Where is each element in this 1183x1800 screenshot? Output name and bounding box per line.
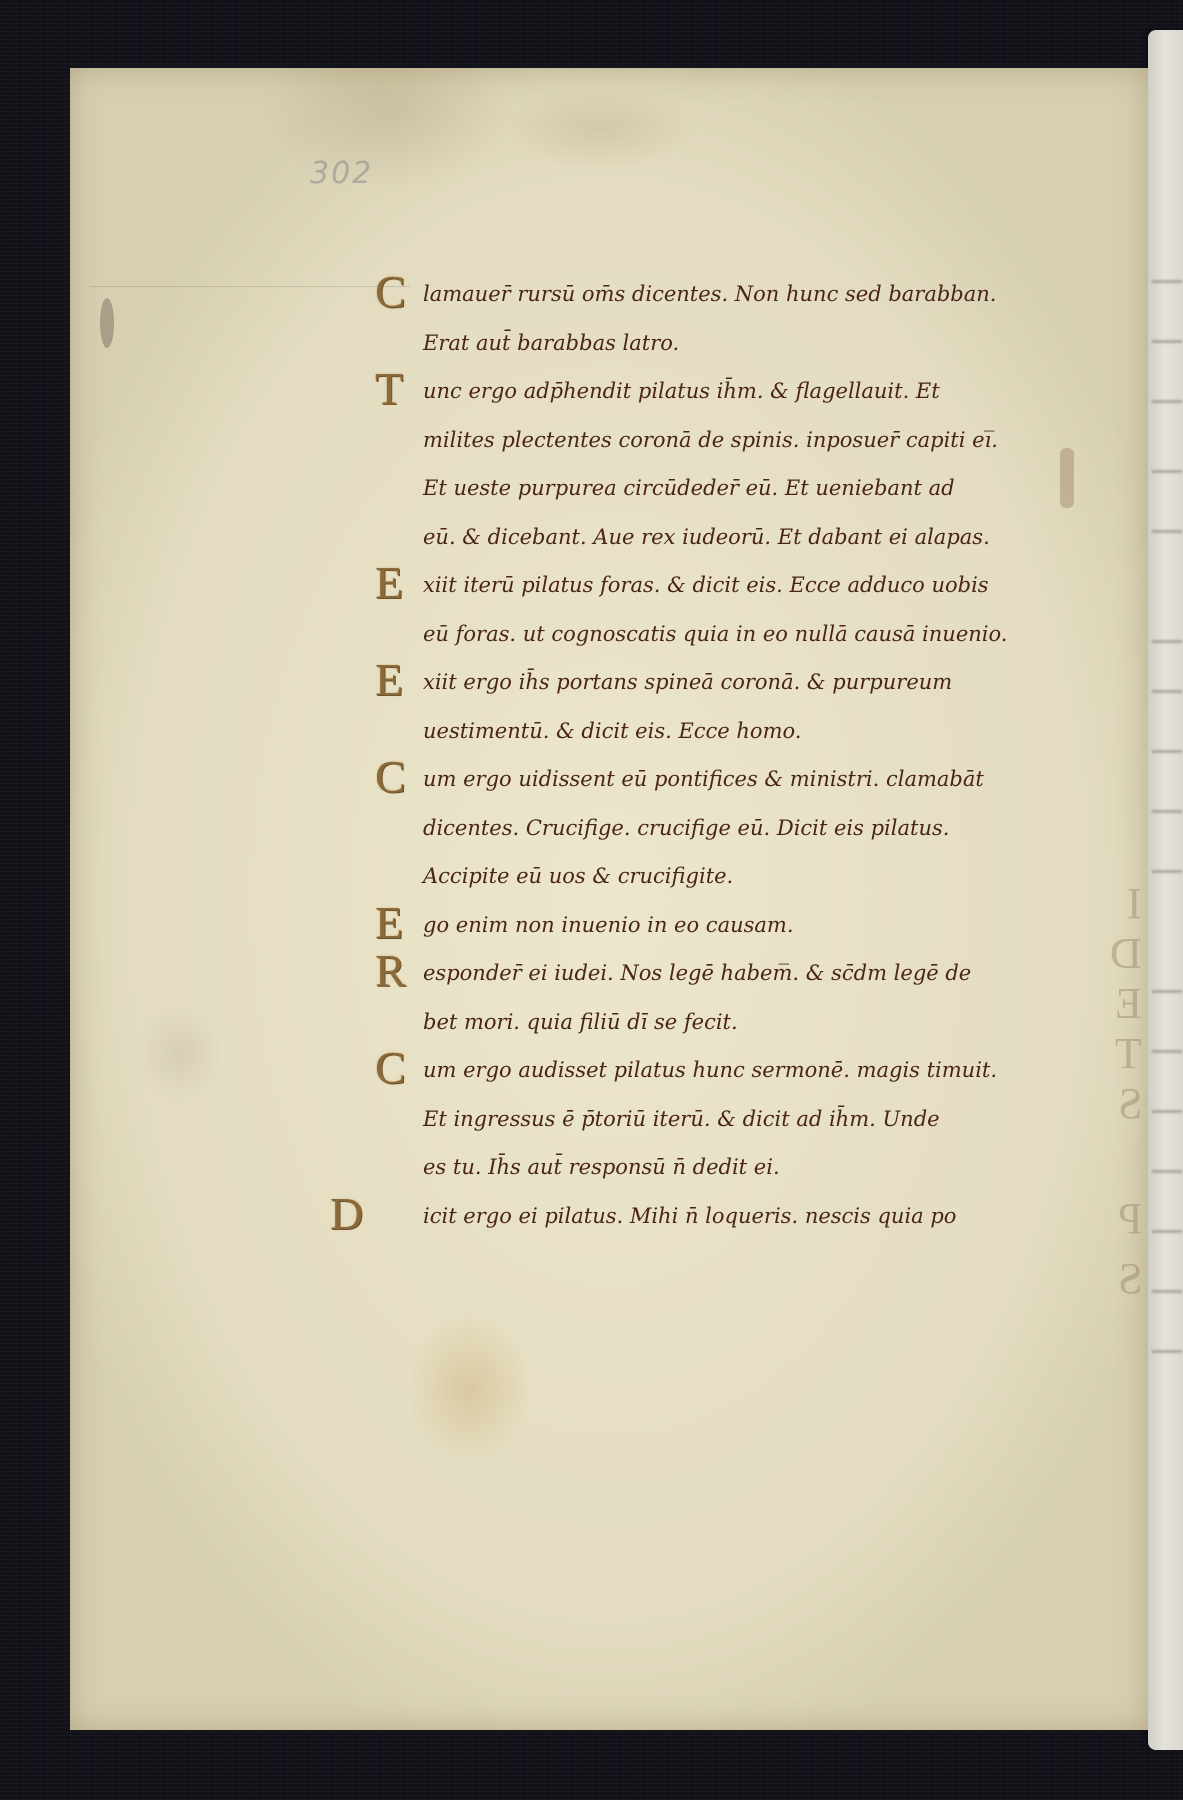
text-line: Cum ergo audisset pilatus hunc sermonē.…: [375, 1046, 1115, 1095]
text-line: Cum ergo uidissent eū pontifices & mini…: [375, 755, 1115, 804]
line-text: uestimentū. & dicit eis. Ecce homo.: [423, 719, 801, 743]
text-line: Dicit ergo ei pilatus. Mihi n̄ loqueris.…: [375, 1192, 1115, 1241]
gold-initial: C: [375, 751, 406, 803]
text-line: eū foras. ut cognoscatis quia in eo nul…: [375, 610, 1115, 659]
folio-number: 302: [310, 156, 373, 191]
gold-initial: E: [375, 557, 403, 609]
show-through-letter: S: [1118, 1253, 1142, 1304]
adjacent-text-smudge: [1152, 1170, 1182, 1173]
gold-initial: E: [375, 897, 403, 949]
text-line: Ego enim non inuenio in eo causam.: [375, 901, 1115, 950]
line-text: bet mori. quia filiū dī se fecit.: [423, 1010, 738, 1034]
text-line: es tu. Ih̄s aut̄ responsū n̄ dedit ei.: [375, 1143, 1115, 1192]
adjacent-text-smudge: [1152, 750, 1182, 753]
text-line: Et ueste purpurea circūdeder̄ eū. Et u…: [375, 464, 1115, 513]
text-line: Et ingressus ē p̄toriū iterū. & dicit…: [375, 1095, 1115, 1144]
gold-initial: E: [375, 654, 403, 706]
show-through-letter: T: [1115, 1028, 1142, 1079]
show-through-letter: P: [1118, 1193, 1142, 1244]
gold-initial: D: [330, 1188, 363, 1240]
show-through-letter: I: [1127, 878, 1142, 929]
adjacent-text-smudge: [1152, 870, 1182, 873]
line-text: eū. & dicebant. Aue rex iudeorū. Et da…: [423, 525, 990, 549]
text-line: milites plectentes coronā de spinis. in…: [375, 416, 1115, 465]
line-text: Erat aut̄ barabbas latro.: [423, 331, 679, 355]
adjacent-text-smudge: [1152, 400, 1182, 403]
text-block: Clamauer̄ rursū om̄s dicentes. Non hunc…: [375, 270, 1115, 1240]
text-line: Clamauer̄ rursū om̄s dicentes. Non hunc…: [375, 270, 1115, 319]
text-line: Responder̄ ei iudei. Nos legē habem̅. &…: [375, 949, 1115, 998]
line-text: icit ergo ei pilatus. Mihi n̄ loqueris. …: [423, 1204, 956, 1228]
line-text: lamauer̄ rursū om̄s dicentes. Non hunc …: [423, 282, 996, 306]
adjacent-text-smudge: [1152, 990, 1182, 993]
ruling-line: [90, 286, 410, 287]
line-text: xiit iterū pilatus foras. & dicit eis. …: [423, 573, 989, 597]
line-text: dicentes. Crucifige. crucifige eū. Dici…: [423, 816, 949, 840]
line-text: Et ueste purpurea circūdeder̄ eū. Et u…: [423, 476, 955, 500]
text-line: dicentes. Crucifige. crucifige eū. Dici…: [375, 804, 1115, 853]
show-through-letter: S: [1118, 1078, 1142, 1129]
line-text: esponder̄ ei iudei. Nos legē habem̅. & …: [423, 961, 971, 985]
adjacent-text-smudge: [1152, 810, 1182, 813]
text-line: bet mori. quia filiū dī se fecit.: [375, 998, 1115, 1047]
show-through-letter: E: [1115, 978, 1142, 1029]
gold-initial: C: [375, 266, 406, 318]
adjacent-text-smudge: [1152, 340, 1182, 343]
text-line: Accipite eū uos & crucifigite.: [375, 852, 1115, 901]
adjacent-text-smudge: [1152, 690, 1182, 693]
adjacent-text-smudge: [1152, 280, 1182, 283]
text-line: uestimentū. & dicit eis. Ecce homo.: [375, 707, 1115, 756]
gold-initial: T: [375, 363, 403, 415]
line-text: go enim non inuenio in eo causam.: [423, 913, 794, 937]
adjacent-text-smudge: [1152, 640, 1182, 643]
text-line: eū. & dicebant. Aue rex iudeorū. Et da…: [375, 513, 1115, 562]
line-text: milites plectentes coronā de spinis. in…: [423, 428, 998, 452]
line-text: Accipite eū uos & crucifigite.: [423, 864, 733, 888]
line-text: um ergo uidissent eū pontifices & minis…: [423, 767, 984, 791]
line-text: unc ergo adp̄hendit pilatus ih̄m. & flag…: [423, 379, 940, 403]
text-line: Exiit iterū pilatus foras. & dicit eis.…: [375, 561, 1115, 610]
adjacent-text-smudge: [1152, 1350, 1182, 1353]
text-line: Exiit ergo ih̄s portans spineā coronā.…: [375, 658, 1115, 707]
adjacent-text-smudge: [1152, 1230, 1182, 1233]
line-text: um ergo audisset pilatus hunc sermonē. …: [423, 1058, 997, 1082]
gold-initial: R: [375, 945, 406, 997]
margin-stain: [100, 298, 114, 348]
line-text: eū foras. ut cognoscatis quia in eo nul…: [423, 622, 1007, 646]
gold-initial: C: [375, 1042, 406, 1094]
text-line: Tunc ergo adp̄hendit pilatus ih̄m. & fla…: [375, 367, 1115, 416]
line-text: Et ingressus ē p̄toriū iterū. & dicit…: [423, 1107, 940, 1131]
adjacent-text-smudge: [1152, 1050, 1182, 1053]
line-text: es tu. Ih̄s aut̄ responsū n̄ dedit ei.: [423, 1155, 780, 1179]
adjacent-text-smudge: [1152, 1110, 1182, 1113]
adjacent-text-smudge: [1152, 1290, 1182, 1293]
adjacent-text-smudge: [1152, 530, 1182, 533]
text-line: Erat aut̄ barabbas latro.: [375, 319, 1115, 368]
adjacent-page-edge: [1148, 30, 1183, 1750]
line-text: xiit ergo ih̄s portans spineā coronā. …: [423, 670, 952, 694]
adjacent-text-smudge: [1152, 470, 1182, 473]
